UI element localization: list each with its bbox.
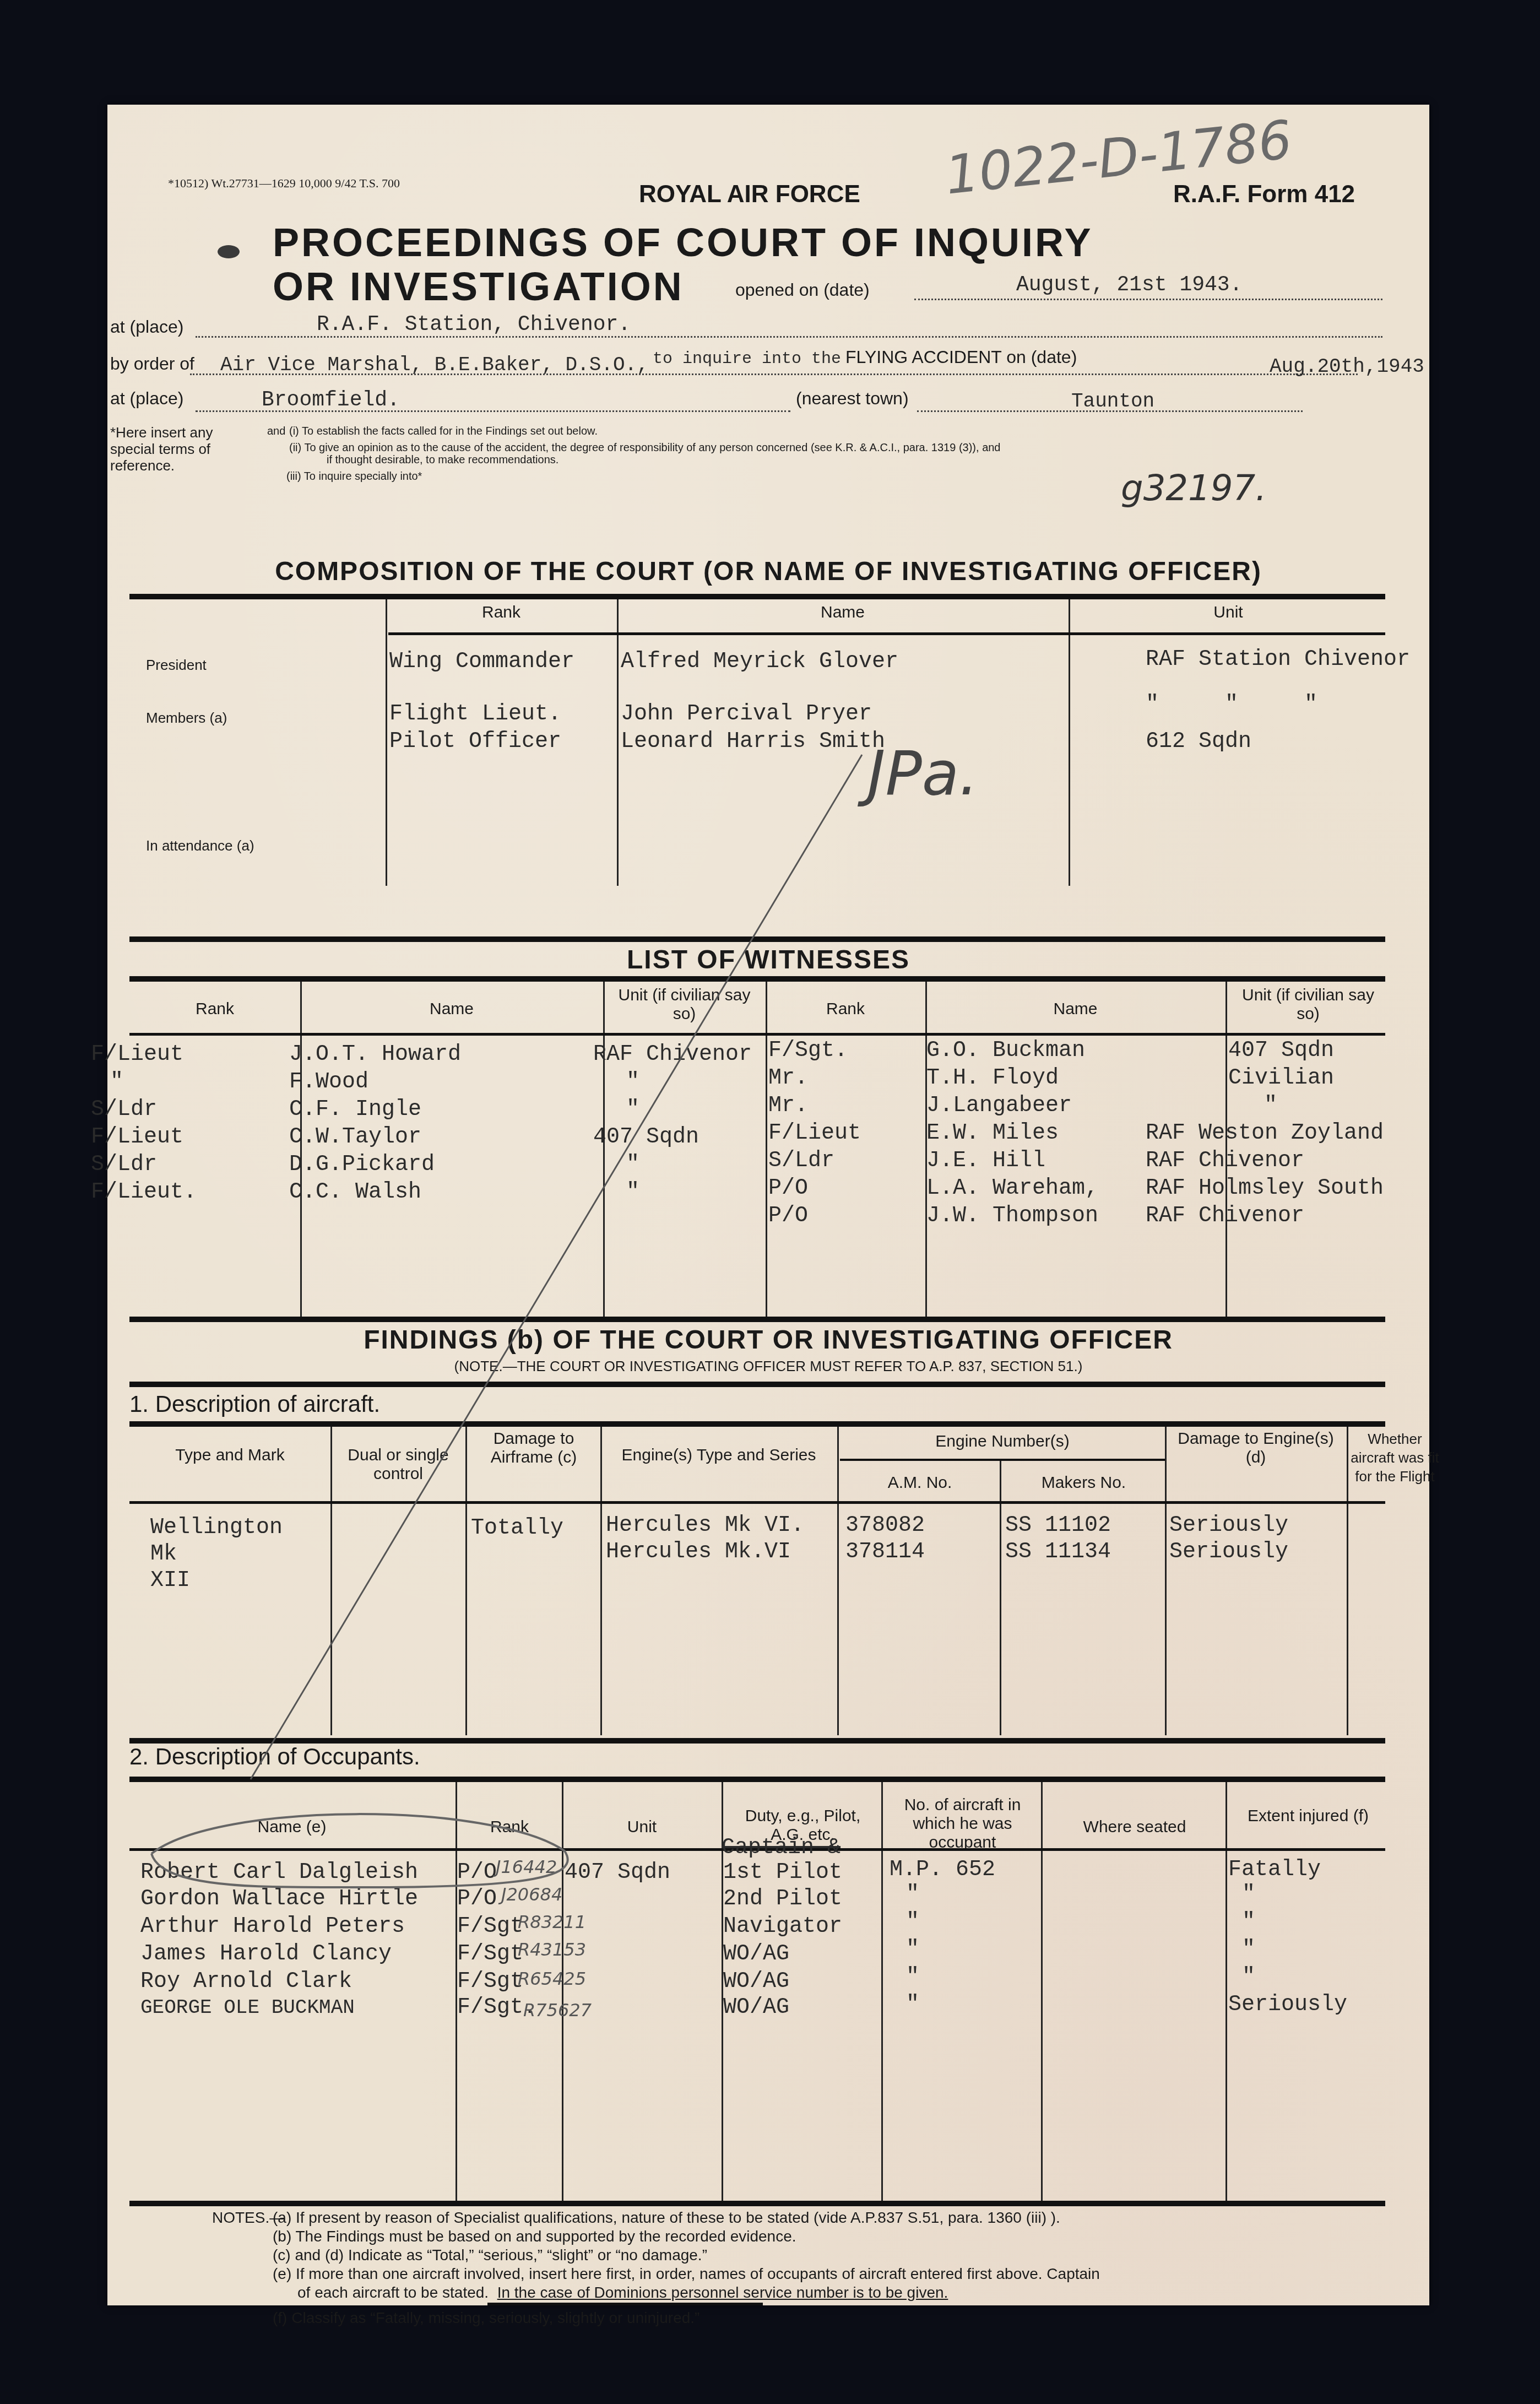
note-e: (e) If more than one aircraft involved, … (273, 2264, 1100, 2284)
note-f: (f) Classify as “Fatally, missing, serio… (273, 2308, 699, 2328)
form-412-page: *10512) Wt.27731—1629 10,000 9/42 T.S. 7… (107, 105, 1429, 2305)
note-b: (b) The Findings must be based on and su… (273, 2227, 796, 2246)
note-e-cont: of each aircraft to be stated. In the ca… (297, 2283, 948, 2303)
pencil-diagonal-strike (107, 105, 1429, 2305)
note-e-dominions: In the case of Dominions personnel servi… (497, 2284, 948, 2301)
note-a: (a) If present by reason of Specialist q… (273, 2208, 1060, 2228)
note-c-d: (c) and (d) Indicate as “Total,” “seriou… (273, 2245, 707, 2265)
